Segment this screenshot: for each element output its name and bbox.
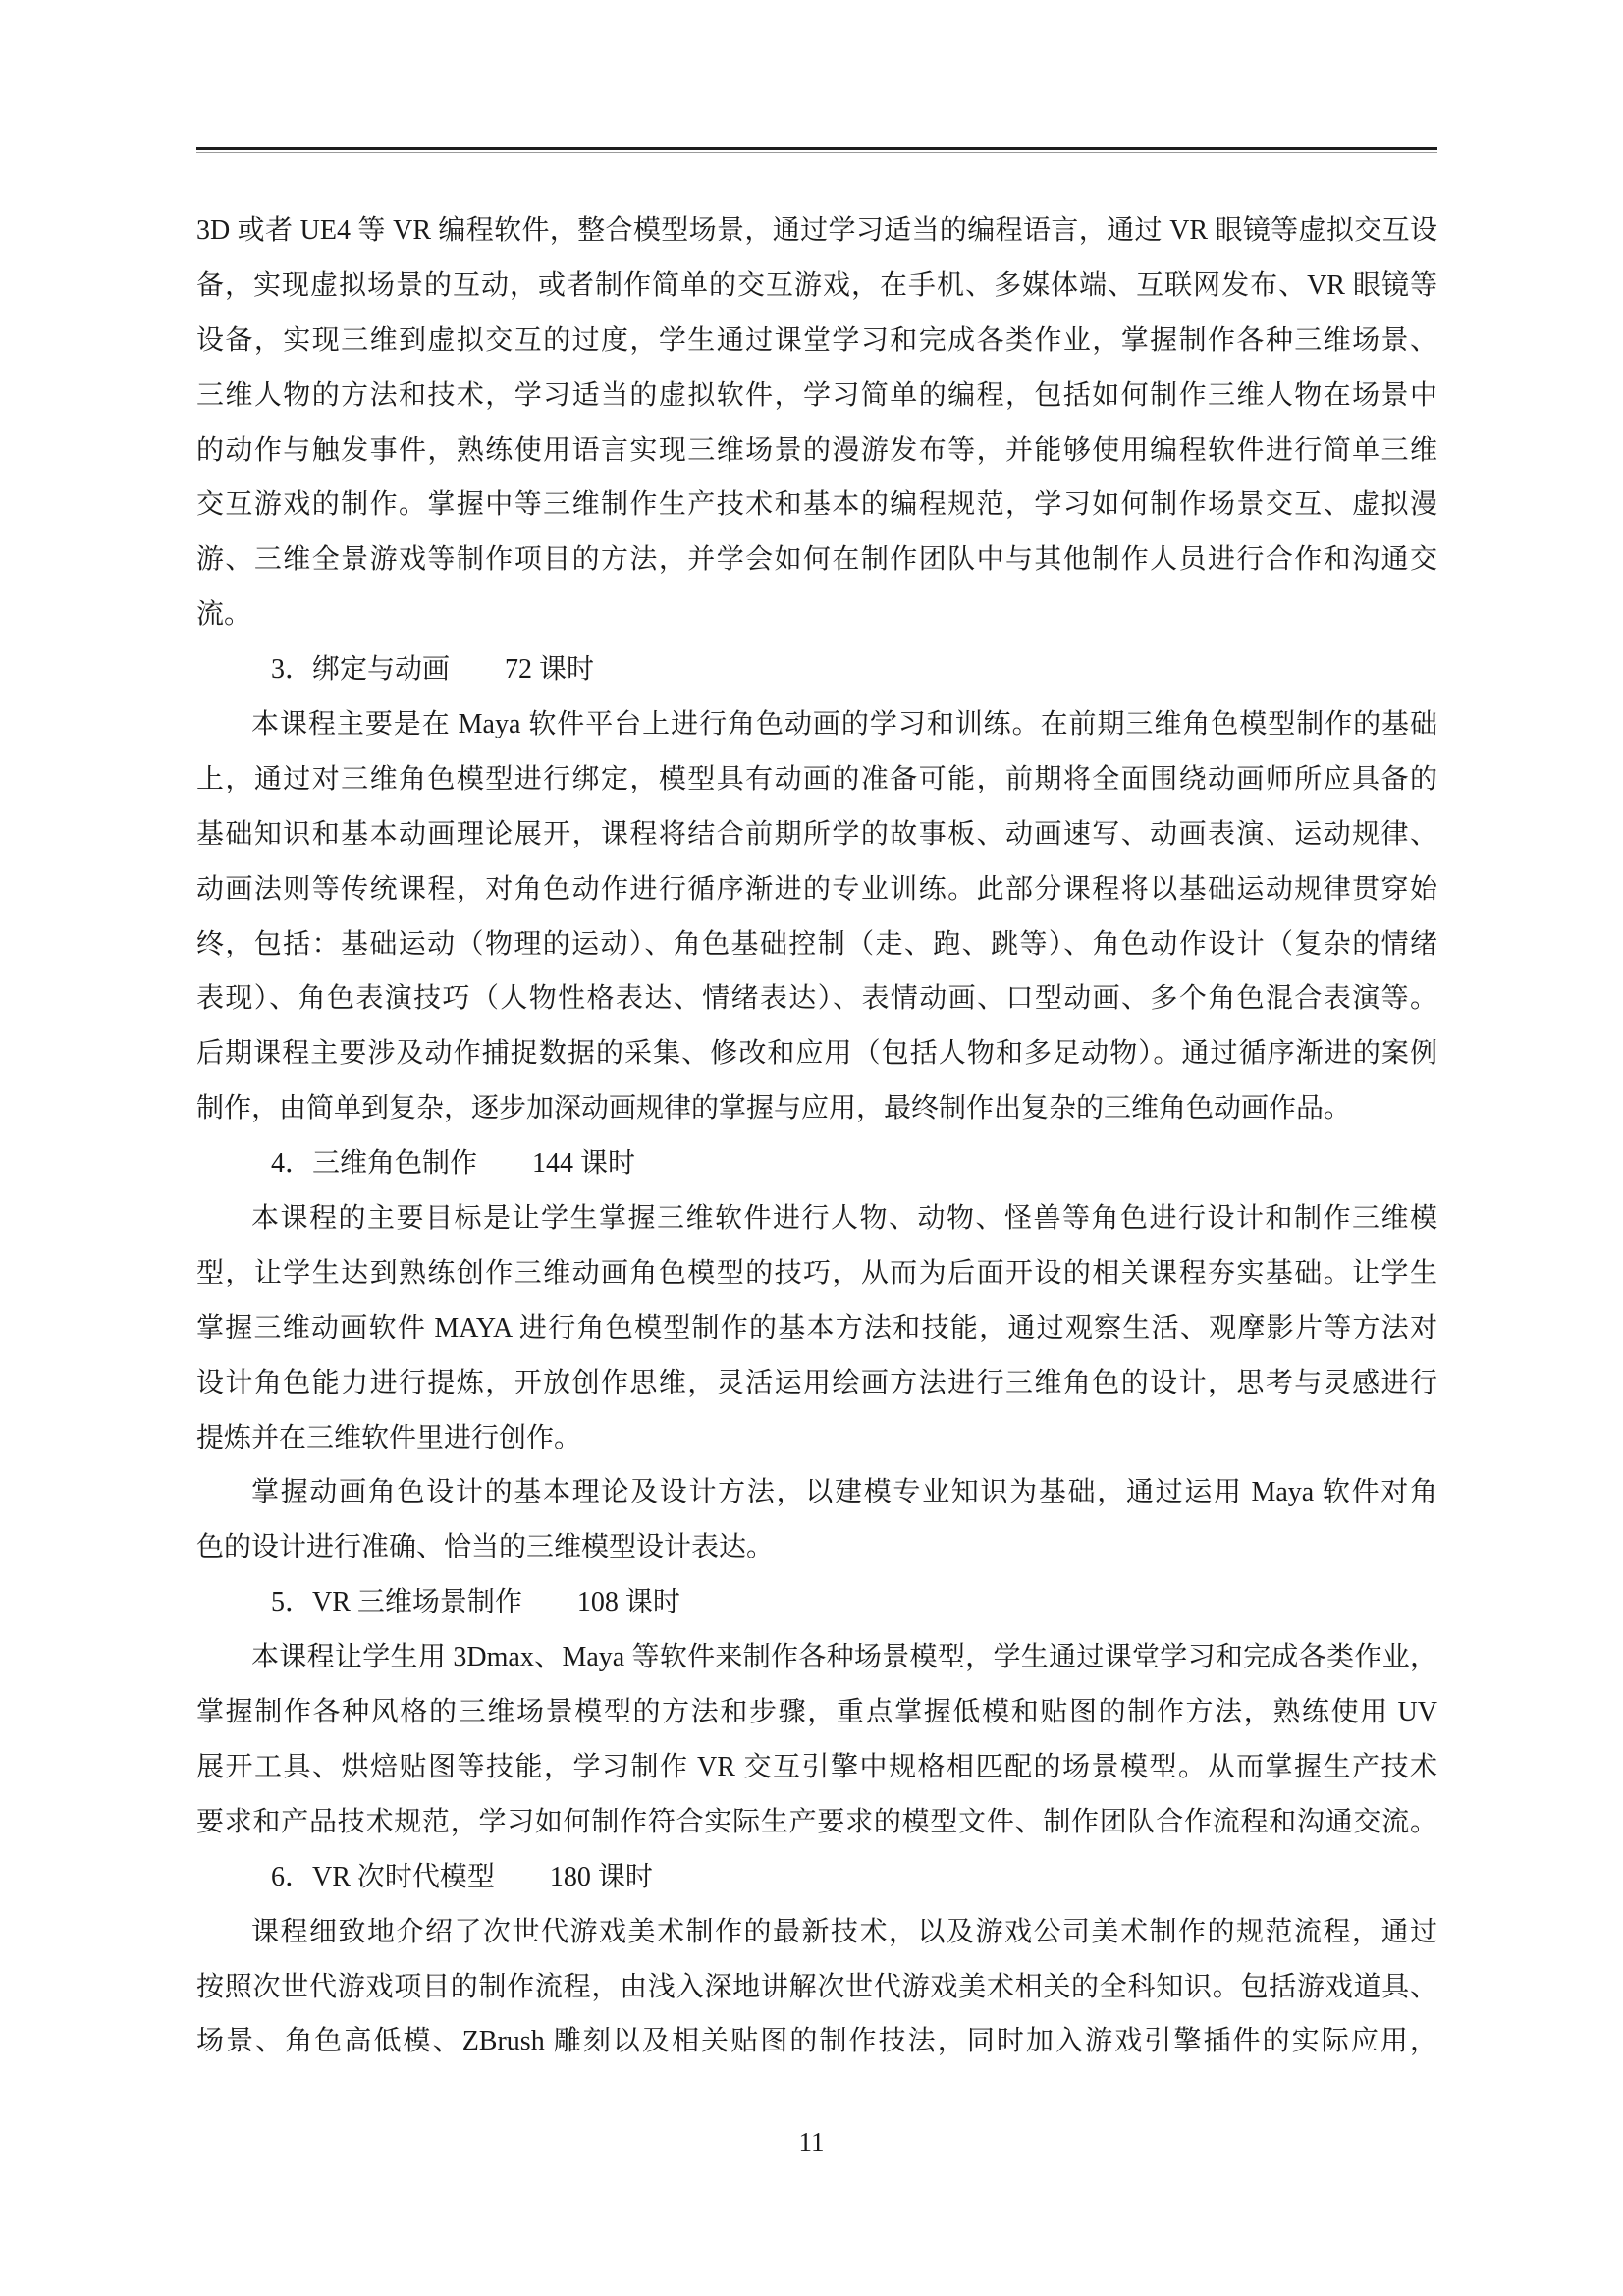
course-heading: 5．VR 三维场景制作 108 课时 (196, 1575, 1437, 1630)
text-line: 上，通过对三维角色模型进行绑定，模型具有动画的准备可能，前期将全面围绕动画师所应… (196, 752, 1437, 807)
text-line: 型，让学生达到熟练创作三维动画角色模型的技巧，从而为后面开设的相关课程夯实基础。… (196, 1246, 1437, 1301)
text-line: 课程细致地介绍了次世代游戏美术制作的最新技术，以及游戏公司美术制作的规范流程，通… (196, 1905, 1437, 1960)
text-line: 交互游戏的制作。掌握中等三维制作生产技术和基本的编程规范，学习如何制作场景交互、… (196, 477, 1437, 532)
text-line: 表现）、角色表演技巧（人物性格表达、情绪表达）、表情动画、口型动画、多个角色混合… (196, 971, 1437, 1026)
text-line: 游、三维全景游戏等制作项目的方法，并学会如何在制作团队中与其他制作人员进行合作和… (196, 532, 1437, 587)
document-page: 3D 或者 UE4 等 VR 编程软件，整合模型场景，通过学习适当的编程语言，通… (0, 0, 1623, 2296)
text-line: 备，实现虚拟场景的互动，或者制作简单的交互游戏，在手机、多媒体端、互联网发布、V… (196, 258, 1437, 313)
course-heading: 4．三维角色制作 144 课时 (196, 1136, 1437, 1191)
text-line: 终，包括：基础运动（物理的运动）、角色基础控制（走、跑、跳等）、角色动作设计（复… (196, 917, 1437, 972)
text-line: 色的设计进行准确、恰当的三维模型设计表达。 (196, 1520, 1437, 1575)
text-line: 本课程让学生用 3Dmax、Maya 等软件来制作各种场景模型，学生通过课堂学习… (196, 1630, 1437, 1685)
course-heading: 3．绑定与动画 72 课时 (196, 642, 1437, 697)
text-line: 掌握三维动画软件 MAYA 进行角色模型制作的基本方法和技能，通过观察生活、观摩… (196, 1301, 1437, 1356)
text-line: 后期课程主要涉及动作捕捉数据的采集、修改和应用（包括人物和多足动物）。通过循序渐… (196, 1026, 1437, 1081)
text-line: 本课程的主要目标是让学生掌握三维软件进行人物、动物、怪兽等角色进行设计和制作三维… (196, 1191, 1437, 1246)
text-line: 流。 (196, 587, 1437, 642)
header-rule (196, 147, 1437, 153)
text-line: 掌握动画角色设计的基本理论及设计方法，以建模专业知识为基础，通过运用 Maya … (196, 1465, 1437, 1520)
text-line: 基础知识和基本动画理论展开，课程将结合前期所学的故事板、动画速写、动画表演、运动… (196, 807, 1437, 862)
page-number: 11 (0, 2122, 1623, 2161)
text-line: 动画法则等传统课程，对角色动作进行循序渐进的专业训练。此部分课程将以基础运动规律… (196, 862, 1437, 917)
text-line: 提炼并在三维软件里进行创作。 (196, 1411, 1437, 1466)
text-line: 3D 或者 UE4 等 VR 编程软件，整合模型场景，通过学习适当的编程语言，通… (196, 203, 1437, 258)
text-line: 的动作与触发事件，熟练使用语言实现三维场景的漫游发布等，并能够使用编程软件进行简… (196, 423, 1437, 478)
document-body: 3D 或者 UE4 等 VR 编程软件，整合模型场景，通过学习适当的编程语言，通… (196, 203, 1437, 2069)
course-heading: 6．VR 次时代模型 180 课时 (196, 1850, 1437, 1905)
text-line: 掌握制作各种风格的三维场景模型的方法和步骤，重点掌握低模和贴图的制作方法，熟练使… (196, 1685, 1437, 1740)
text-line: 三维人物的方法和技术，学习适当的虚拟软件，学习简单的编程，包括如何制作三维人物在… (196, 368, 1437, 423)
text-line: 展开工具、烘焙贴图等技能，学习制作 VR 交互引擎中规格相匹配的场景模型。从而掌… (196, 1740, 1437, 1795)
text-line: 按照次世代游戏项目的制作流程，由浅入深地讲解次世代游戏美术相关的全科知识。包括游… (196, 1960, 1437, 2015)
text-line: 本课程主要是在 Maya 软件平台上进行角色动画的学习和训练。在前期三维角色模型… (196, 697, 1437, 752)
text-line: 设备，实现三维到虚拟交互的过度，学生通过课堂学习和完成各类作业，掌握制作各种三维… (196, 313, 1437, 368)
text-line: 设计角色能力进行提炼，开放创作思维，灵活运用绘画方法进行三维角色的设计，思考与灵… (196, 1356, 1437, 1411)
text-line: 制作，由简单到复杂，逐步加深动画规律的掌握与应用，最终制作出复杂的三维角色动画作… (196, 1081, 1437, 1136)
text-line: 要求和产品技术规范，学习如何制作符合实际生产要求的模型文件、制作团队合作流程和沟… (196, 1795, 1437, 1850)
text-line: 场景、角色高低模、ZBrush 雕刻以及相关贴图的制作技法，同时加入游戏引擎插件… (196, 2014, 1437, 2069)
